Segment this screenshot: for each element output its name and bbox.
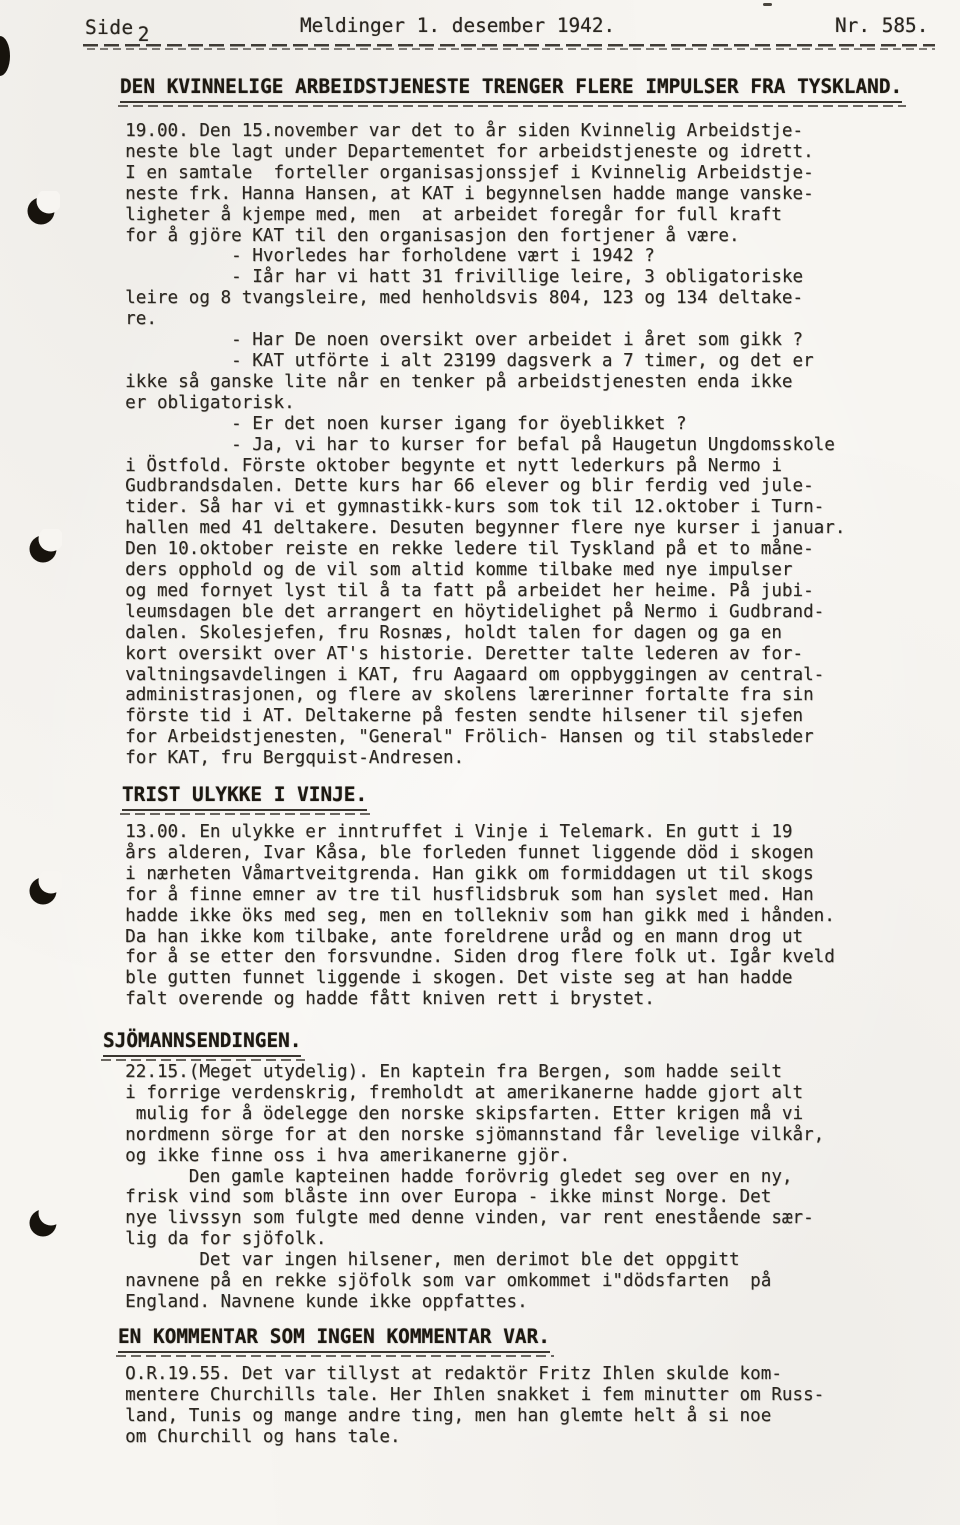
section-heading-kommentar: EN KOMMENTAR SOM INGEN KOMMENTAR VAR.	[118, 1326, 550, 1353]
header-title: Meldinger 1. desember 1942.	[300, 14, 615, 37]
ink-crescent-mark	[28, 871, 62, 907]
side-word: Side	[85, 16, 134, 39]
scan-edge-mark	[0, 36, 10, 76]
page-side-label: Side2	[85, 16, 146, 39]
section-paragraph-vinje: 13.00. En ulykke er inntruffet i Vinje i…	[104, 822, 835, 1010]
ink-crescent-mark	[28, 1203, 62, 1239]
section-paragraph-kat: 19.00. Den 15.november var det to år sid…	[104, 121, 845, 769]
ink-crescent-mark	[26, 191, 60, 227]
section-heading-vinje: TRIST ULYKKE I VINJE.	[122, 784, 367, 811]
section-heading-sjomann: SJÖMANNSENDINGEN.	[103, 1030, 301, 1057]
ink-crescent-mark	[28, 529, 62, 565]
header-rule	[83, 44, 935, 51]
page-number: 2	[138, 23, 150, 46]
header-issue-number: Nr. 585.	[835, 14, 928, 37]
section-paragraph-sjomann: 22.15.(Meget utydelig). En kaptein fra B…	[104, 1062, 824, 1313]
document-page: Side2 Meldinger 1. desember 1942. Nr. 58…	[0, 0, 960, 1525]
scan-speck	[763, 3, 772, 6]
section-heading-kat: DEN KVINNELIGE ARBEIDSTJENESTE TRENGER F…	[120, 76, 902, 103]
section-paragraph-kommentar: O.R.19.55. Det var tillyst at redaktör F…	[104, 1364, 824, 1448]
